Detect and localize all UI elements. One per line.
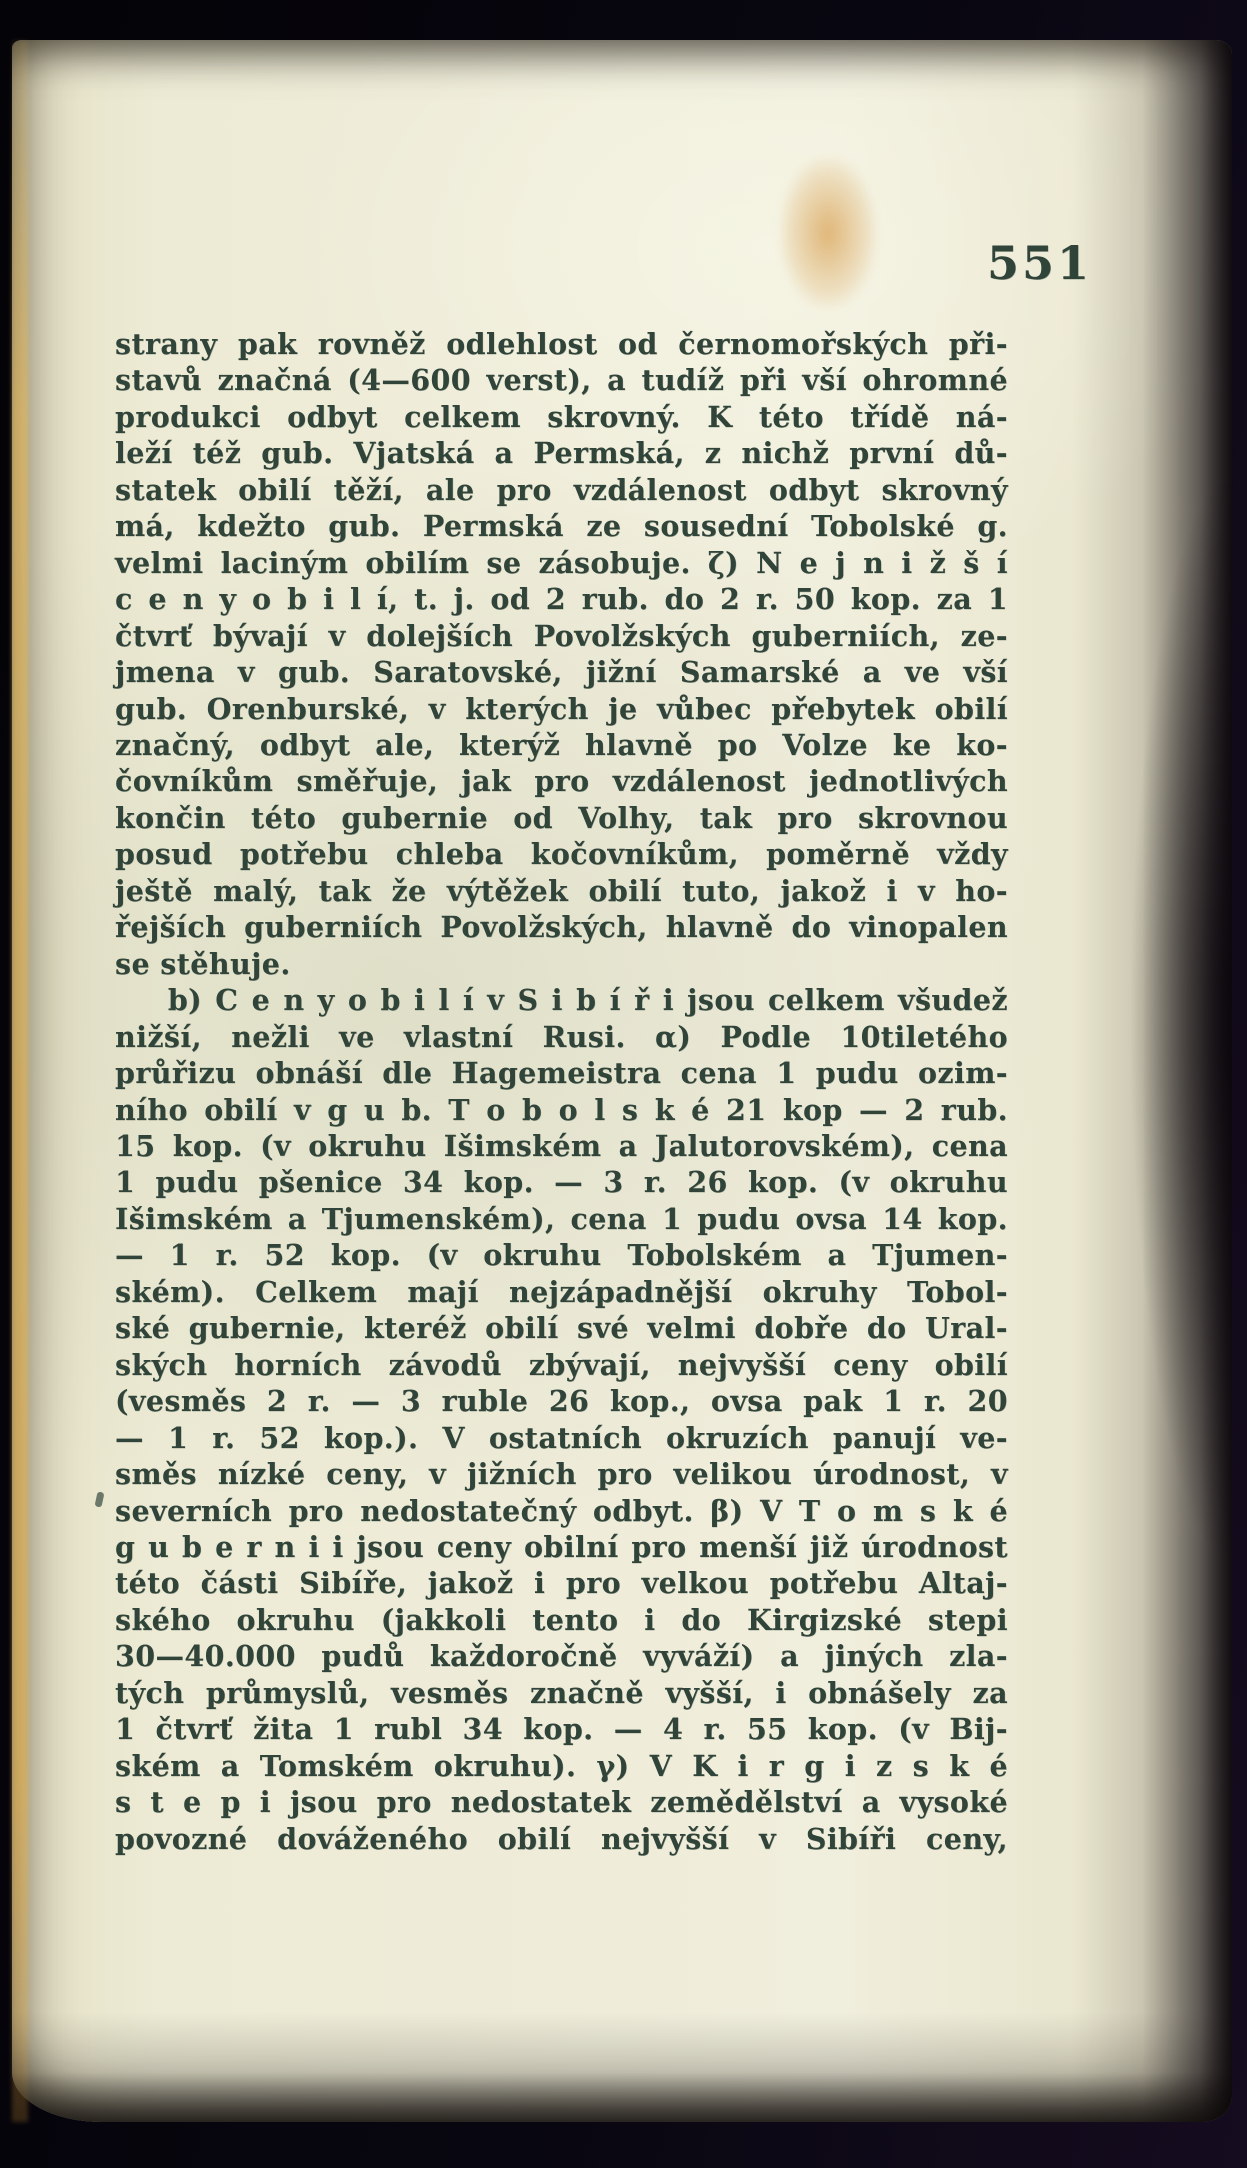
text-line: strany pak rovněž odlehlost od černomořs… <box>115 326 1008 362</box>
text-line: končin této gubernie od Volhy, tak pro s… <box>115 800 1008 836</box>
text-line: této části Sibíře, jakož i pro velkou po… <box>115 1565 1008 1601</box>
text-line: — 1 r. 52 kop. (v okruhu Tobolském a Tju… <box>115 1237 1008 1273</box>
book-page: 551 strany pak rovněž odlehlost od černo… <box>12 40 1232 2122</box>
text-line: ního obilí v g u b. T o b o l s k é 21 k… <box>115 1092 1008 1128</box>
text-line: — 1 r. 52 kop.). V ostatních okruzích pa… <box>115 1420 1008 1456</box>
text-line: severních pro nedostatečný odbyt. β) V T… <box>115 1493 1008 1529</box>
text-line: c e n y o b i l í, t. j. od 2 rub. do 2 … <box>115 581 1008 617</box>
text-line: jmena v gub. Saratovské, jižní Samarské … <box>115 654 1008 690</box>
text-line: g u b e r n i i jsou ceny obilní pro men… <box>115 1529 1008 1565</box>
text-line: průřizu obnáší dle Hagemeistra cena 1 pu… <box>115 1055 1008 1091</box>
text-line: 30—40.000 pudů každoročně vyváží) a jiný… <box>115 1638 1008 1674</box>
text-line: ském a Tomském okruhu). γ) V K i r g i z… <box>115 1748 1008 1784</box>
photo-background: 551 strany pak rovněž odlehlost od černo… <box>0 0 1247 2168</box>
text-line: značný, odbyt ale, kterýž hlavně po Volz… <box>115 727 1008 763</box>
text-line: s t e p i jsou pro nedostatek zemědělstv… <box>115 1784 1008 1820</box>
text-line: 1 pudu pšenice 34 kop. — 3 r. 26 kop. (v… <box>115 1164 1008 1200</box>
page-edge-shadow <box>1072 40 1232 2122</box>
text-line: posud potřebu chleba kočovníkům, poměrně… <box>115 836 1008 872</box>
text-line: ských horních závodů zbývají, nejvyšší c… <box>115 1347 1008 1383</box>
text-block: strany pak rovněž odlehlost od černomořs… <box>115 326 1008 1857</box>
text-line: řejších guberniích Povolžských, hlavně d… <box>115 909 1008 945</box>
text-line: 15 kop. (v okruhu Išimském a Jalutorovsk… <box>115 1128 1008 1164</box>
text-line: má, kdežto gub. Permská ze sousední Tobo… <box>115 508 1008 544</box>
text-line: statek obilí těží, ale pro vzdálenost od… <box>115 472 1008 508</box>
text-line: ském). Celkem mají nejzápadnější okruhy … <box>115 1274 1008 1310</box>
text-line: ještě malý, tak že výtěžek obilí tuto, j… <box>115 873 1008 909</box>
page-bottom-shadow <box>12 2012 1232 2122</box>
text-line: povozné dováženého obilí nejvyšší v Sibí… <box>115 1821 1008 1857</box>
text-line: čovníkům směřuje, jak pro vzdálenost jed… <box>115 763 1008 799</box>
text-line: stavů značná (4—600 verst), a tudíž při … <box>115 362 1008 398</box>
text-line: b) C e n y o b i l í v S i b í ř i jsou … <box>115 982 1008 1018</box>
text-line: leží též gub. Vjatská a Permská, z nichž… <box>115 435 1008 471</box>
text-line: nižší, nežli ve vlastní Rusi. α) Podle 1… <box>115 1019 1008 1055</box>
text-line: (vesměs 2 r. — 3 ruble 26 kop., ovsa pak… <box>115 1383 1008 1419</box>
text-line: velmi laciným obilím se zásobuje. ζ) N e… <box>115 545 1008 581</box>
text-line: 1 čtvrť žita 1 rubl 34 kop. — 4 r. 55 ko… <box>115 1711 1008 1747</box>
page-number: 551 <box>12 236 1092 290</box>
text-line: se stěhuje. <box>115 946 1008 982</box>
text-line: tých průmyslů, vesměs značně vyšší, i ob… <box>115 1675 1008 1711</box>
stray-ink-mark <box>95 1491 105 1507</box>
text-line: gub. Orenburské, v kterých je vůbec přeb… <box>115 691 1008 727</box>
text-line: směs nízké ceny, v jižních pro velikou ú… <box>115 1456 1008 1492</box>
text-line: produkci odbyt celkem skrovný. K této tř… <box>115 399 1008 435</box>
text-line: ského okruhu (jakkoli tento i do Kirgizs… <box>115 1602 1008 1638</box>
text-line: čtvrť bývají v dolejších Povolžských gub… <box>115 618 1008 654</box>
gutter-glow <box>12 40 28 2122</box>
text-line: ské gubernie, kteréž obilí své velmi dob… <box>115 1310 1008 1346</box>
text-line: Išimském a Tjumenském), cena 1 pudu ovsa… <box>115 1201 1008 1237</box>
